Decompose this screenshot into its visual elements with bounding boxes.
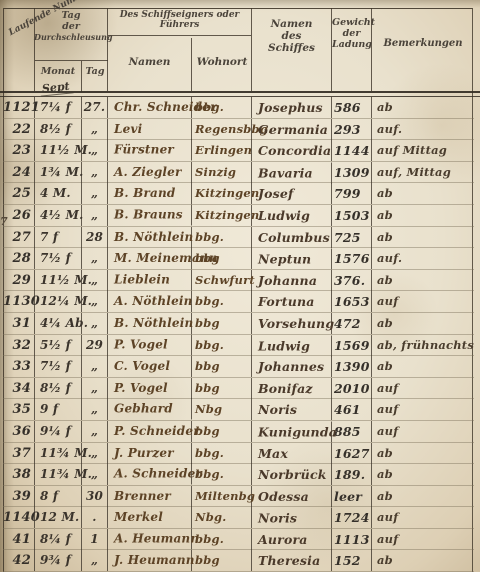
table-row: 39 8 f 30 Brenner Miltenbg Odessa leer a… [3,486,474,508]
cell-schiffsname: Fortuna [252,291,332,312]
cell-schiffsname: Vorsehung [252,313,332,334]
cell-laufende-nummer: 1121 [3,97,35,118]
cell-schiffer-name: B. Brauns [108,204,192,225]
cell-schiffer-name: A. Ziegler [108,162,192,183]
cell-laufende-nummer: 34 [3,378,35,399]
cell-uhrzeit: 8½ f [35,378,82,399]
cell-wohnort: bbg. [192,443,252,464]
cell-bemerkung: ab [372,443,474,464]
header-bemerkungen: Bemerkungen [372,8,474,91]
cell-schiffsname: Josef [252,183,332,204]
cell-laufende-nummer: 41 [3,529,35,550]
cell-tag: „ [82,378,108,399]
cell-bemerkung: auf [372,421,474,442]
table-row: 35 9 f „ Gebhard Nbg Noris 461 auf [3,399,474,421]
cell-uhrzeit: 11¾ M. [35,464,82,485]
cell-ladung: 586 [332,97,372,118]
cell-bemerkung: ab [372,550,474,571]
cell-bemerkung: auf [372,291,474,312]
cell-bemerkung: ab [372,464,474,485]
cell-schiffer-name: P. Vogel [108,334,192,355]
cell-schiffsname: Bavaria [252,162,332,183]
cell-wohnort: bbg. [192,291,252,312]
cell-uhrzeit: 4¼ Ab. [35,313,82,334]
table-row: 1140 12 M. . Merkel Nbg. Noris 1724 auf [3,507,474,529]
cell-schiffsname: Aurora [252,529,332,550]
cell-wohnort: Schwfurt [192,270,252,291]
cell-schiffsname: Neptun [252,249,332,270]
cell-wohnort: bbg [192,421,252,442]
cell-laufende-nummer: 28 [3,248,35,269]
cell-tag: 1 [82,529,108,550]
cell-wohnort: Kitzingen [192,205,252,226]
cell-bemerkung: auf. [372,119,474,140]
cell-uhrzeit: 9 f [35,399,82,420]
cell-tag: „ [82,270,108,291]
table-row: 42 9¾ f „ J. Heumann bbg Theresia 152 ab [3,550,474,572]
cell-ladung: 1309 [332,162,372,183]
cell-uhrzeit: 12 M. [35,507,82,528]
cell-schiffer-name: B. Nöthlein [108,227,192,248]
cell-ladung: 1627 [332,443,372,464]
cell-schiffer-name: C. Vogel [108,356,192,377]
cell-laufende-nummer: 29 [3,270,35,291]
table-row: 1121 7¼ f 27. Chr. Schneider bbg. Joseph… [3,97,474,119]
cell-tag: „ [82,313,108,334]
header-gewicht-der-ladung: Gewicht der Ladung [332,8,372,91]
cell-ladung: 152 [332,550,372,571]
cell-ladung: 189. [332,464,372,485]
cell-schiffer-name: B. Nöthlein [108,313,192,334]
table-row: 32 5½ f 29 P. Vogel bbg. Ludwig 1569 ab,… [3,335,474,357]
cell-ladung: 293 [332,119,372,140]
cell-schiffsname: Johannes [252,356,332,377]
cell-schiffer-name: B. Brand [108,183,192,204]
cell-schiffsname: Odessa [252,486,332,507]
cell-ladung: 461 [332,399,372,420]
cell-tag: „ [82,291,108,312]
cell-uhrzeit: 4 M. [35,183,82,204]
cell-bemerkung: auf. [372,248,474,269]
cell-schiffer-name: P. Vogel [108,378,192,399]
cell-bemerkung: ab [372,205,474,226]
cell-bemerkung: auf [372,399,474,420]
cell-wohnort: bbg [192,356,252,377]
ledger-page: Laufende Nummer Tag der Durchschleusung … [0,0,480,572]
cell-bemerkung: ab [372,356,474,377]
cell-schiffer-name: Merkel [108,507,192,528]
cell-bemerkung: ab [372,486,474,507]
cell-schiffer-name: Gebhard [108,399,192,420]
cell-uhrzeit: 5½ f [35,335,82,356]
cell-schiffsname: Norbrück [252,464,332,485]
cell-wohnort: bbg [192,550,252,571]
cell-wohnort: Regensbbg. [192,119,252,140]
cell-bemerkung: auf [372,529,474,550]
cell-schiffsname: Germania [252,119,332,140]
cell-wohnort: Sinzig [192,162,252,183]
cell-uhrzeit: 7½ f [35,248,82,269]
table-row: 37 11¾ M. „ J. Purzer bbg. Max 1627 ab [3,443,474,465]
cell-uhrzeit: 7½ f [35,356,82,377]
cell-ladung: 1113 [332,529,372,550]
cell-laufende-nummer: 31 [3,313,35,334]
cell-uhrzeit: 11½ M. [35,270,82,291]
cell-tag: „ [82,205,108,226]
cell-schiffer-name: Fürstner [108,140,192,161]
cell-schiffer-name: Chr. Schneider [108,97,192,118]
cell-laufende-nummer: 36 [3,421,35,442]
cell-schiffsname: Ludwig [252,205,332,226]
cell-laufende-nummer: 35 [3,399,35,420]
table-row: 34 8½ f „ P. Vogel bbg Bonifaz 2010 auf [3,378,474,400]
cell-schiffsname: Columbus [252,227,332,248]
header-tag: Tag [82,61,108,92]
cell-schiffsname: Kunigunda [252,421,332,442]
cell-ladung: 799 [332,183,372,204]
cell-ladung: 885 [332,421,372,442]
cell-bemerkung: auf [372,378,474,399]
cell-laufende-nummer: 22 [3,119,35,140]
table-row: 36 9¼ f „ P. Schneider bbg Kunigunda 885… [3,421,474,443]
cell-uhrzeit: 7¼ f [35,97,82,118]
cell-wohnort: Nbg [192,399,252,420]
cell-tag: „ [82,399,108,420]
cell-uhrzeit: 8 f [35,486,82,507]
cell-ladung: 1144 [332,140,372,161]
ledger-rows: 1121 7¼ f 27. Chr. Schneider bbg. Joseph… [3,97,474,572]
header-wohnort: Wohnort [192,38,252,91]
cell-schiffer-name: J. Heumann [108,550,192,571]
header-namen: Namen [108,38,192,91]
cell-schiffsname: Noris [252,399,332,420]
cell-schiffsname: Theresia [252,550,332,571]
cell-wohnort: bbg. [192,335,252,356]
cell-schiffsname: Max [252,443,332,464]
cell-uhrzeit: 9¾ f [35,550,82,571]
cell-laufende-nummer: 32 [3,335,35,356]
cell-tag: „ [82,119,108,140]
cell-uhrzeit: 8½ f [35,119,82,140]
cell-uhrzeit: 7 f [35,227,82,248]
cell-laufende-nummer: 42 [3,550,35,571]
cell-schiffer-name: A. Heumann [108,528,192,549]
table-row: 27 7 f 28 B. Nöthlein bbg. Columbus 725 … [3,227,474,249]
cell-schiffer-name: Lieblein [108,269,192,290]
cell-laufende-nummer: 38 [3,464,35,485]
cell-uhrzeit: 12¼ M. [35,291,82,312]
cell-tag: „ [82,248,108,269]
cell-schiffsname: Josephus [252,97,332,118]
cell-tag: . [82,507,108,528]
cell-wohnort: bbg [192,248,252,269]
cell-schiffer-name: J. Purzer [108,443,192,464]
cell-schiffsname: Noris [252,508,332,529]
table-row: 29 11½ M. „ Lieblein Schwfurt Johanna 37… [3,270,474,292]
cell-schiffsname: Concordia [252,140,332,161]
cell-ladung: 1724 [332,507,372,528]
cell-schiffsname: Ludwig [252,335,332,356]
cell-schiffsname: Johanna [252,270,332,291]
table-row: 38 11¾ M. „ A. Schneider bbg. Norbrück 1… [3,464,474,486]
cell-tag: „ [82,183,108,204]
cell-tag: 29 [82,335,108,356]
header-schiffseigner: Des Schiffseigners oder Führers Namen Wo… [108,8,252,91]
header-laufende-nummer: Laufende Nummer [3,8,35,91]
cell-ladung: 376. [332,270,372,291]
cell-ladung: 1569 [332,335,372,356]
cell-schiffer-name: Levi [108,119,192,140]
cell-bemerkung: ab, frühnachts [372,335,474,356]
cell-ladung: leer [332,486,372,507]
table-row: 28 7½ f „ M. Meinemann bbg Neptun 1576 a… [3,248,474,270]
table-header: Laufende Nummer Tag der Durchschleusung … [3,8,474,91]
cell-ladung: 1503 [332,205,372,226]
cell-tag: „ [82,421,108,442]
cell-wohnort: Erlingen [192,140,252,161]
cell-laufende-nummer: 25 [3,183,35,204]
cell-tag: „ [82,550,108,571]
cell-wohnort: Miltenbg [192,486,252,507]
cell-laufende-nummer: 33 [3,356,35,377]
cell-wohnort: Kitzingen [192,183,252,204]
cell-tag: „ [82,464,108,485]
cell-tag: „ [82,162,108,183]
cell-schiffer-name: A. Schneider [108,464,192,485]
table-row: 26 4½ M. „ B. Brauns Kitzingen Ludwig 15… [3,205,474,227]
cell-laufende-nummer: 26 [3,205,35,226]
cell-laufende-nummer: 1140 [3,507,35,528]
cell-laufende-nummer: 37 [3,443,35,464]
cell-bemerkung: auf [372,507,474,528]
cell-ladung: 725 [332,227,372,248]
cell-schiffer-name: P. Schneider [108,421,192,442]
cell-wohnort: Nbg. [192,507,252,528]
cell-bemerkung: ab [372,313,474,334]
cell-tag: „ [82,356,108,377]
cell-bemerkung: auf, Mittag [372,162,474,183]
cell-uhrzeit: 11¾ M. [35,443,82,464]
cell-uhrzeit: 9¼ f [35,421,82,442]
table-row: 24 1¾ M. „ A. Ziegler Sinzig Bavaria 130… [3,162,474,184]
cell-laufende-nummer: 39 [3,486,35,507]
cell-uhrzeit: 1¾ M. [35,162,82,183]
cell-schiffer-name: Brenner [108,486,192,507]
table-row: 22 8½ f „ Levi Regensbbg. Germania 293 a… [3,119,474,141]
cell-schiffer-name: A. Nöthlein [108,291,192,312]
cell-tag: „ [82,140,108,161]
cell-bemerkung: ab [372,97,474,118]
cell-schiffer-name: M. Meinemann [108,248,192,269]
cell-tag: „ [82,443,108,464]
cell-ladung: 1390 [332,356,372,377]
header-namen-des-schiffes: Namen des Schiffes [252,8,332,91]
table-row: 25 4 M. „ B. Brand Kitzingen Josef 799 a… [3,183,474,205]
cell-laufende-nummer: 24 [3,162,35,183]
table-row: 31 4¼ Ab. „ B. Nöthlein bbg Vorsehung 47… [3,313,474,335]
table-row: 23 11½ M. „ Fürstner Erlingen Concordia … [3,140,474,162]
cell-tag: 30 [82,486,108,507]
cell-ladung: 472 [332,313,372,334]
cell-bemerkung: ab [372,227,474,248]
table-row: 1130 12¼ M. „ A. Nöthlein bbg. Fortuna 1… [3,291,474,313]
cell-bemerkung: ab [372,270,474,291]
cell-laufende-nummer: 1130 [3,291,35,312]
cell-tag: 28 [82,227,108,248]
cell-wohnort: bbg. [192,97,252,118]
cell-uhrzeit: 8¼ f [35,529,82,550]
cell-laufende-nummer: 27 [3,227,35,248]
cell-wohnort: bbg [192,313,252,334]
cell-uhrzeit: 4½ M. [35,205,82,226]
cell-wohnort: bbg. [192,529,252,550]
cell-tag: 27. [82,97,108,118]
cell-ladung: 1653 [332,291,372,312]
cell-bemerkung: ab [372,183,474,204]
cell-schiffsname: Bonifaz [252,378,332,399]
cell-wohnort: bbg. [192,227,252,248]
cell-uhrzeit: 11½ M. [35,140,82,161]
cell-ladung: 2010 [332,378,372,399]
cell-laufende-nummer: 23 [3,140,35,161]
cell-ladung: 1576 [332,248,372,269]
cell-bemerkung: auf Mittag [372,140,474,161]
table-row: 41 8¼ f 1 A. Heumann bbg. Aurora 1113 au… [3,529,474,551]
cell-wohnort: bbg [192,378,252,399]
table-row: 33 7½ f „ C. Vogel bbg Johannes 1390 ab [3,356,474,378]
